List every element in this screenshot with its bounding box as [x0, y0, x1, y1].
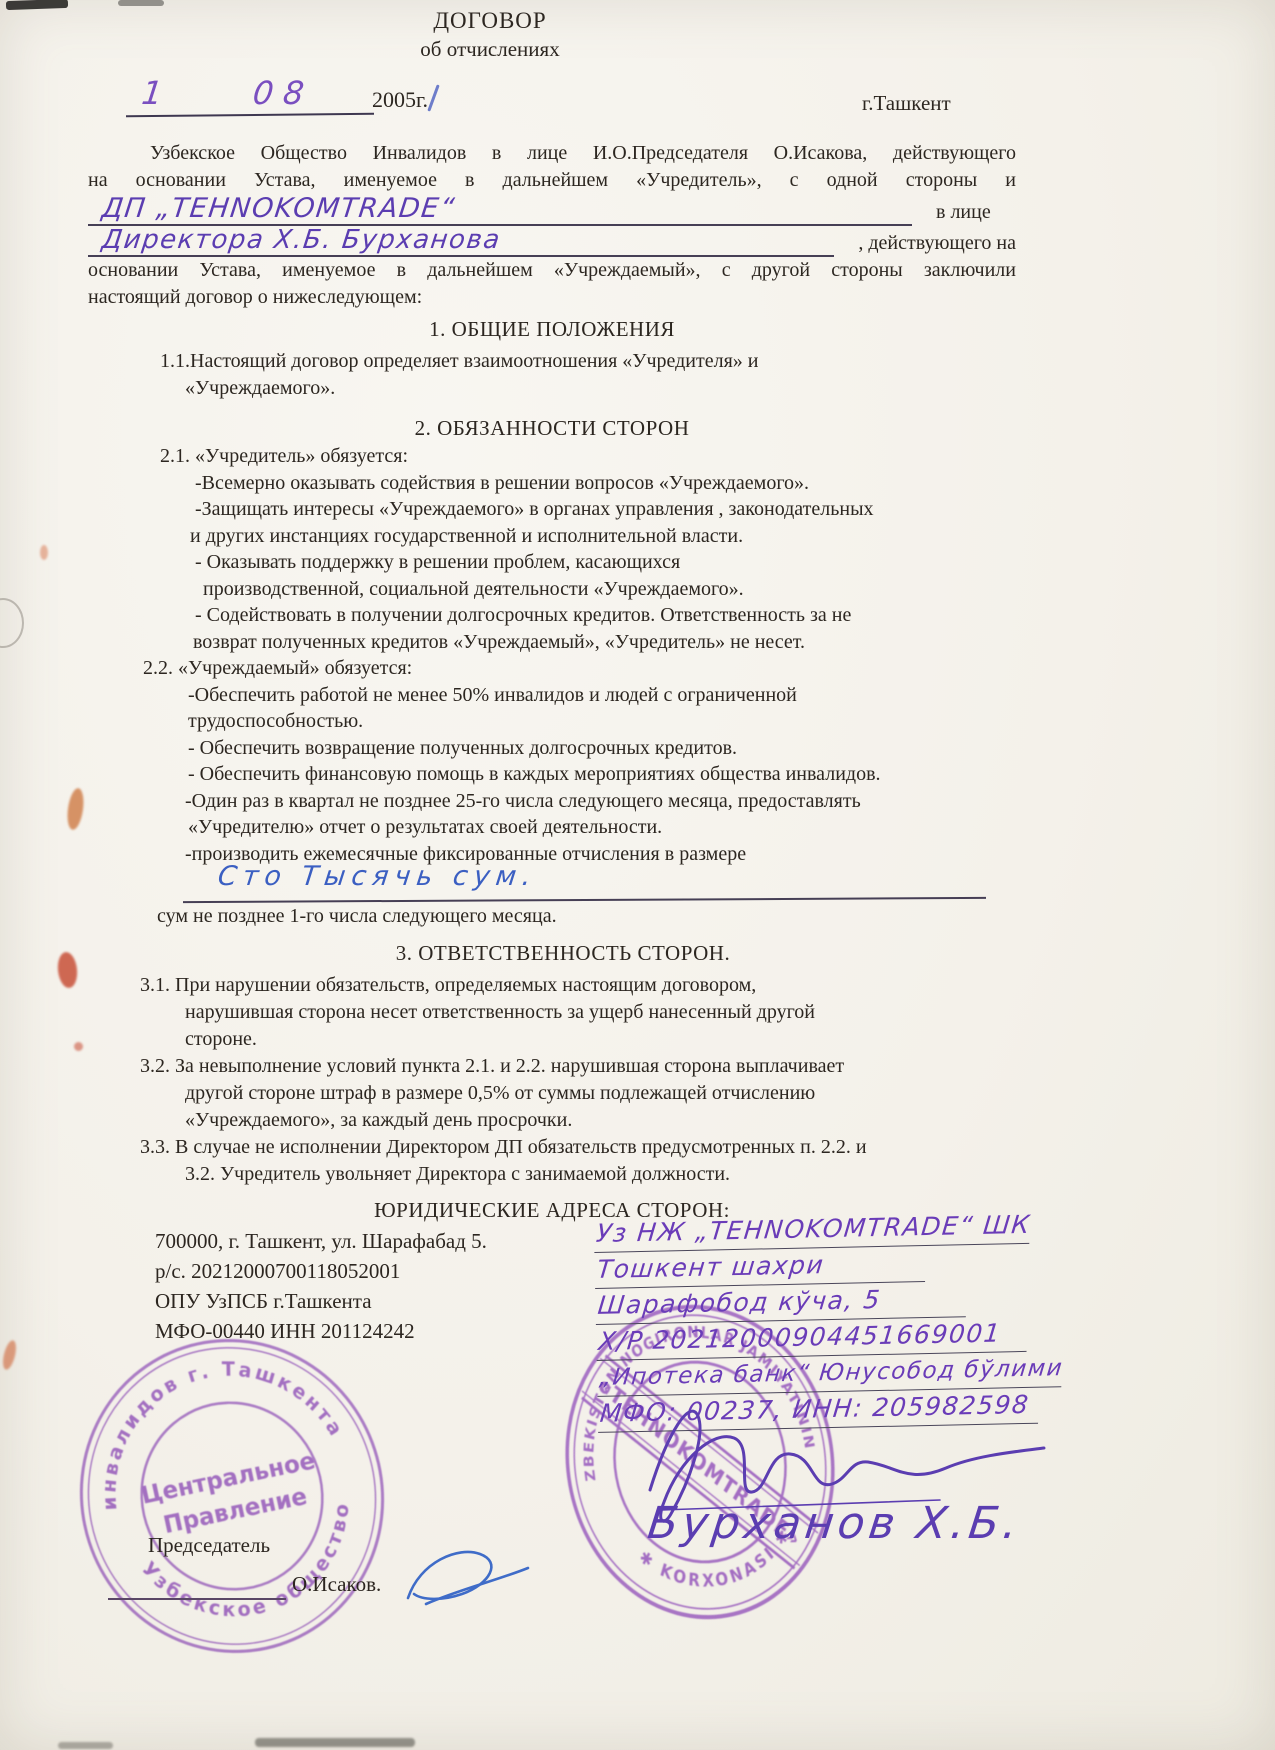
contract-line: «Учреждаемого», за каждый день просрочки… — [88, 1107, 1038, 1134]
contract-line: 3.3. В случае не исполнении Директором Д… — [88, 1134, 1038, 1161]
contract-line: - Обеспечить возвращение полученных долг… — [88, 735, 1016, 762]
ink-speck — [74, 1042, 83, 1051]
contract-line: - Оказывать поддержку в решении проблем,… — [88, 549, 1016, 576]
section-1-heading: 1. ОБЩИЕ ПОЛОЖЕНИЯ — [88, 314, 1016, 344]
document-title: ДОГОВОР — [60, 8, 920, 34]
handwritten-date: 1 08 — [140, 74, 316, 112]
handwritten-amount: Сто Тысячь сум. — [216, 861, 539, 892]
blank-field-director: Директора Х.Б. Бурханова , действующего … — [88, 226, 1016, 257]
contract-line: 3.2. За невыполнение условий пункта 2.1.… — [88, 1053, 1038, 1080]
contract-line: 3.2. Учредитель увольняет Директора с за… — [88, 1161, 1038, 1188]
chairman-sign-underline — [108, 1598, 286, 1600]
handwritten-signature-name: Бурханов Х.Б. — [645, 1498, 1024, 1549]
contract-line: сум не позднее 1-го числа следующего мес… — [88, 903, 1016, 930]
scan-artifact — [118, 0, 164, 6]
section-2-heading: 2. ОБЯЗАННОСТИ СТОРОН — [88, 414, 1016, 443]
ink-speck — [40, 545, 48, 560]
chairman-name: О.Исаков. — [292, 1572, 381, 1597]
stamp-society-of-invalids: инвалидов г. Ташкента Узбекское общество… — [28, 1288, 435, 1703]
blank-field-company: ДП „TEHNOKOMTRADE“ в лице — [88, 194, 1016, 226]
contract-line: на основании Устава, именуемое в дальней… — [88, 167, 1016, 194]
contract-line: основании Устава, именуемое в дальнейшем… — [88, 257, 1016, 284]
ink-speck — [1, 1339, 19, 1371]
contract-line: 3.1. При нарушении обязательств, определ… — [88, 972, 1038, 999]
blank-field-amount: Сто Тысячь сум. — [88, 867, 1016, 903]
contract-line: -Защищать интересы «Учреждаемого» в орга… — [88, 496, 1016, 523]
scan-artifact — [58, 1742, 113, 1749]
section-3-heading: 3. ОТВЕТСТВЕННОСТЬ СТОРОН. — [88, 938, 1038, 968]
handwritten-company: ДП „TEHNOKOMTRADE“ — [100, 193, 457, 224]
ink-speck — [56, 951, 79, 989]
contract-line: 2.2. «Учреждаемый» обязуется: — [88, 655, 1016, 682]
contract-line: «Учреждаемого». — [88, 375, 1016, 402]
address-line: р/с. 20212000700118052001 — [155, 1256, 615, 1286]
contract-line: , действующего на — [834, 232, 1016, 257]
address-line: 700000, г. Ташкент, ул. Шарафабад 5. — [155, 1226, 615, 1256]
contract-line: -Один раз в квартал не позднее 25-го чис… — [88, 788, 1016, 815]
contract-line: производственной, социальной деятельност… — [88, 576, 1016, 603]
stamp-society-svg: инвалидов г. Ташкента Узбекское общество… — [28, 1288, 435, 1703]
contract-line: настоящий договор о нижеследующем: — [88, 284, 1016, 311]
chairman-signature — [398, 1540, 538, 1630]
contract-line: Узбекское Общество Инвалидов в лице И.О.… — [88, 140, 1016, 167]
chairman-label: Председатель — [148, 1533, 270, 1558]
amount-underline — [183, 897, 986, 903]
contract-line: «Учредителю» отчет о результатах своей д… — [88, 814, 1016, 841]
contract-line: 1.1.Настоящий договор определяет взаимоо… — [88, 348, 1016, 375]
contract-line: -Обеспечить работой не менее 50% инвалид… — [88, 682, 1016, 709]
contract-line: трудоспособностью. — [88, 708, 1016, 735]
scan-artifact — [0, 598, 24, 648]
contract-line: - Обеспечить финансовую помощь в каждых … — [88, 761, 1016, 788]
contract-line: и других инстанциях государственной и ис… — [88, 523, 1016, 550]
scanned-contract-page: ДОГОВОР об отчислениях 1 08 2005г. г.Таш… — [0, 0, 1275, 1750]
contract-line: стороне. — [88, 1026, 1038, 1053]
contract-line: - Содействовать в получении долгосрочных… — [88, 602, 1016, 629]
contract-line: другой стороне штраф в размере 0,5% от с… — [88, 1080, 1038, 1107]
date-year: 2005г. — [372, 86, 428, 113]
contract-line: нарушившая сторона несет ответственность… — [88, 999, 1038, 1026]
scan-artifact — [255, 1738, 415, 1747]
scan-artifact — [6, 0, 68, 10]
date-underline — [126, 113, 374, 118]
contract-line: возврат полученных кредитов «Учреждаемый… — [88, 629, 1016, 656]
contract-line: -Всемерно оказывать содействия в решении… — [88, 470, 1016, 497]
contract-line: в лице — [912, 201, 1016, 226]
address-line: ОПУ УзПСБ г.Ташкента — [155, 1286, 615, 1316]
handwritten-director: Директора Х.Б. Бурханова — [100, 225, 503, 255]
document-subtitle: об отчислениях — [60, 37, 920, 62]
city-label: г.Ташкент — [862, 90, 951, 117]
ink-speck — [65, 787, 86, 831]
contract-line: 2.1. «Учредитель» обязуется: — [88, 443, 1016, 470]
ink-stroke-over-year — [427, 84, 439, 111]
